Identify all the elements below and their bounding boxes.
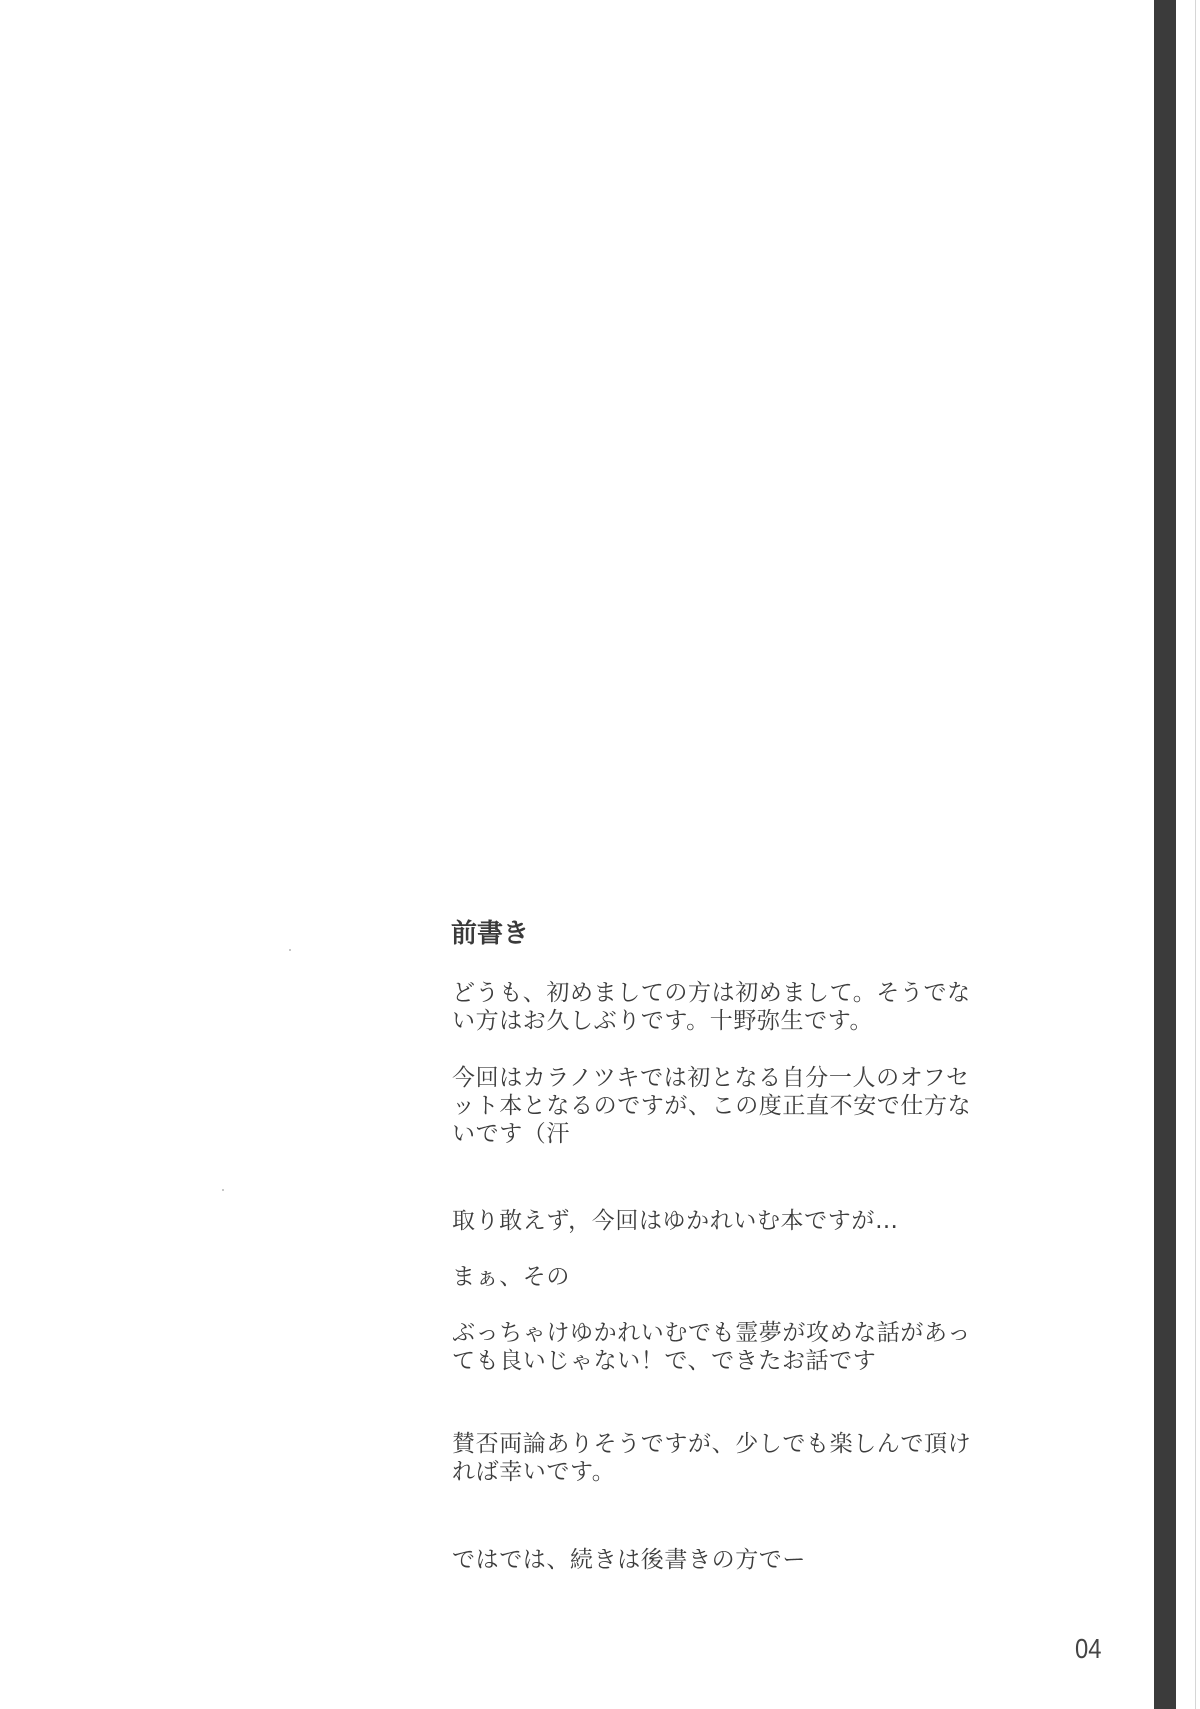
paragraph-enjoy: 賛否両論ありそうですが、少しでも楽しんで頂け れば幸いです。 (452, 1430, 971, 1486)
scan-speck (222, 1189, 224, 1191)
text-line: れば幸いです。 (452, 1459, 615, 1485)
document-page: 前書き どうも、初めましての方は初めまして。そうでな い方はお久しぶりです。十野… (0, 0, 1200, 1709)
text-line: まぁ、その (452, 1264, 570, 1290)
text-line: どうも、初めましての方は初めまして。そうでな (452, 980, 971, 1006)
text-line: いです（汗 (452, 1121, 570, 1147)
text-line: ぶっちゃけゆかれいむでも霊夢が攻めな話があっ (452, 1320, 971, 1346)
text-line: ではでは、続きは後書きの方でー (452, 1547, 806, 1573)
scan-speck (289, 949, 291, 951)
paragraph-maa: まぁ、その (452, 1263, 570, 1291)
text-line: い方はお久しぶりです。十野弥生です。 (452, 1008, 873, 1034)
paragraph-yukareimu: 取り敢えず，今回はゆかれいむ本ですが… (452, 1207, 899, 1235)
paragraph-story: ぶっちゃけゆかれいむでも霊夢が攻めな話があっ ても良いじゃない！で、できたお話で… (452, 1319, 971, 1375)
preface-heading: 前書き (451, 918, 529, 950)
page-edge-line (1195, 0, 1196, 1709)
text-line: ット本となるのですが、この度正直不安で仕方な (452, 1093, 971, 1119)
page-number: 04 (1075, 1633, 1101, 1665)
text-line: 取り敢えず，今回はゆかれいむ本ですが… (452, 1208, 899, 1234)
page-edge-bar (1154, 0, 1176, 1709)
text-line: 今回はカラノツキでは初となる自分一人のオフセ (452, 1065, 970, 1091)
paragraph-offset-book: 今回はカラノツキでは初となる自分一人のオフセ ット本となるのですが、この度正直不… (452, 1064, 971, 1148)
paragraph-greeting: どうも、初めましての方は初めまして。そうでな い方はお久しぶりです。十野弥生です… (452, 979, 971, 1035)
paragraph-closing: ではでは、続きは後書きの方でー (452, 1546, 806, 1574)
text-line: 賛否両論ありそうですが、少しでも楽しんで頂け (452, 1431, 971, 1457)
text-line: ても良いじゃない！で、できたお話です (452, 1348, 876, 1374)
